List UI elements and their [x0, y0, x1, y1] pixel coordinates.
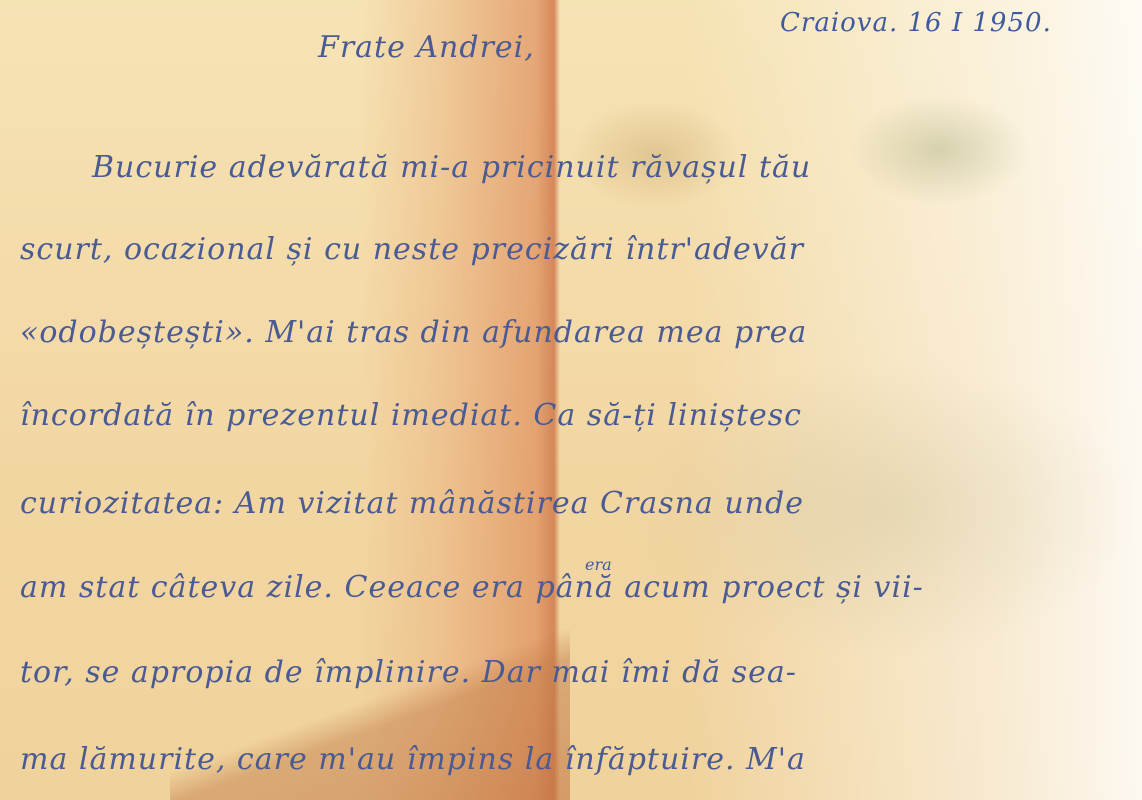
- letter-line-1: Bucurie adevărată mi-a pricinuit răvașul…: [92, 150, 811, 185]
- letter-line-7: tor, se apropia de împlinire. Dar mai îm…: [20, 655, 797, 690]
- letter-page: Craiova. 16 I 1950. Frate Andrei, Bucuri…: [0, 0, 1142, 800]
- salutation: Frate Andrei,: [318, 30, 535, 65]
- letter-line-6: am stat câteva zile. Ceeace era până acu…: [20, 570, 924, 605]
- dateline: Craiova. 16 I 1950.: [780, 8, 1052, 38]
- portrait-overlay-eye-right: [850, 95, 1030, 205]
- letter-line-5: curiozitatea: Am vizitat mânăstirea Cras…: [20, 486, 804, 521]
- interlinear-insert: era: [585, 555, 612, 574]
- letter-line-8: ma lămurite, care m'au împins la înfăptu…: [20, 742, 806, 777]
- letter-line-3: «odobeștești». M'ai tras din afundarea m…: [20, 315, 807, 350]
- letter-line-2: scurt, ocazional și cu neste precizări î…: [20, 232, 804, 267]
- letter-line-4: încordată în prezentul imediat. Ca să-ți…: [20, 398, 802, 433]
